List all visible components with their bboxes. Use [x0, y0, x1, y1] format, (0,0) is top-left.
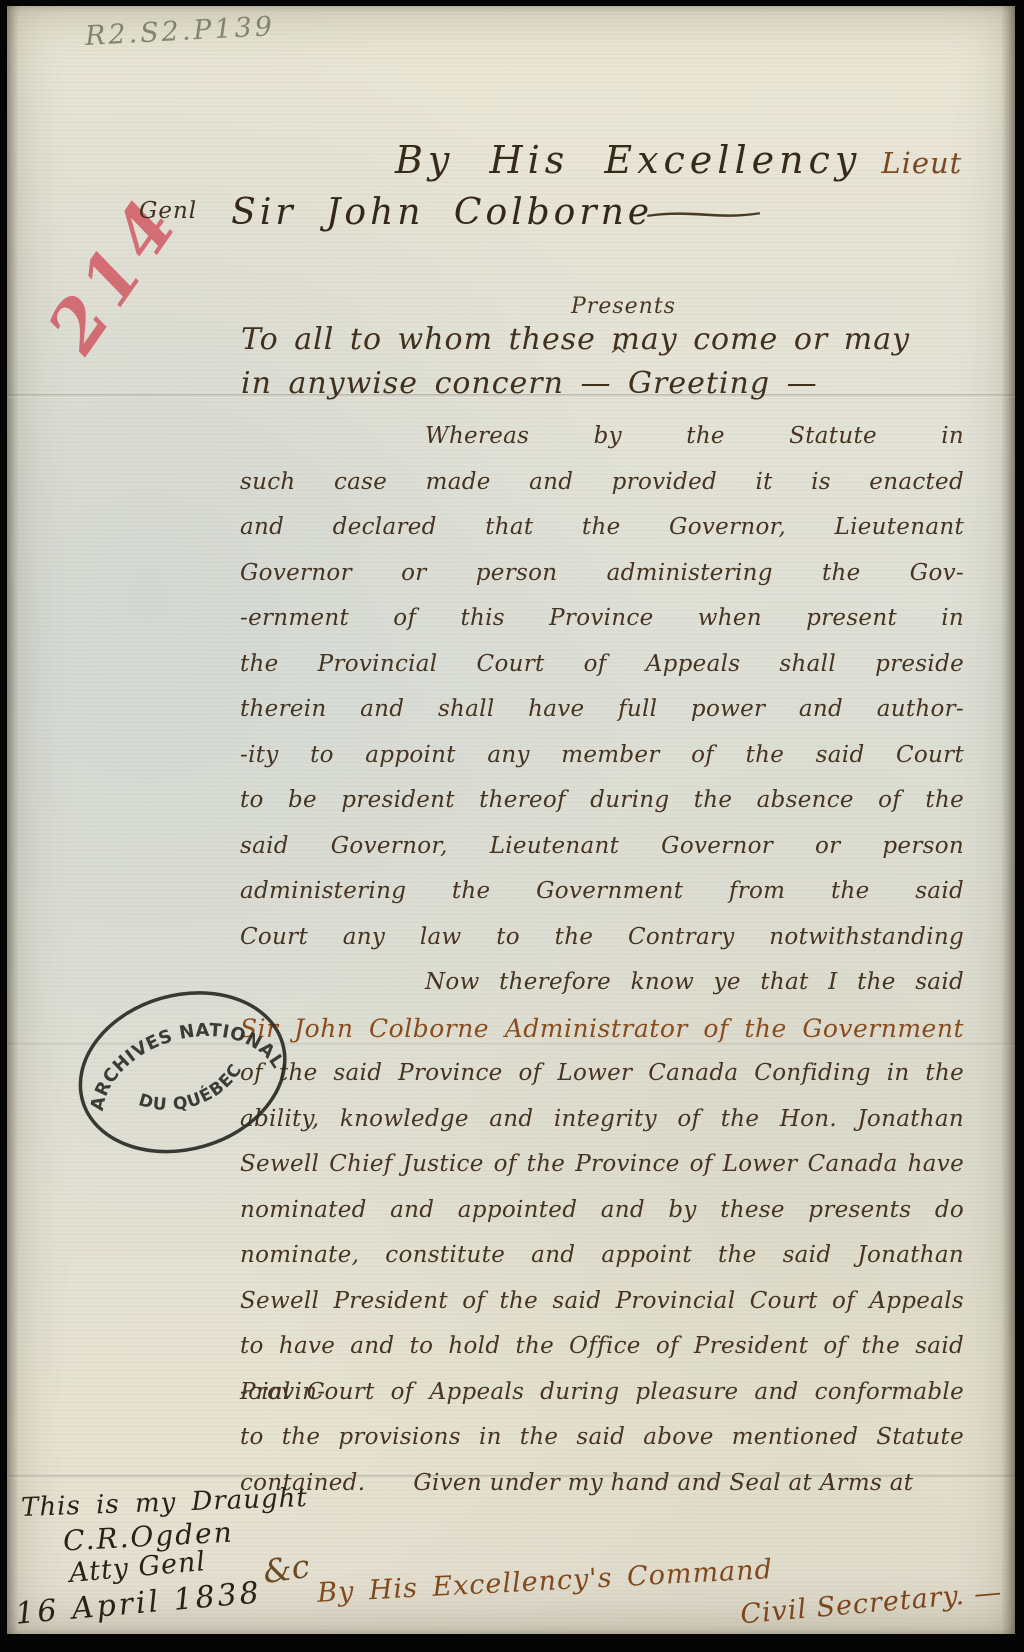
etcetera-mark: &c	[261, 1547, 312, 1591]
body-line: said Governor, Lieutenant Governor or pe…	[240, 824, 964, 870]
heading-genl-prefix: Genl	[139, 198, 197, 224]
body-line: Sewell Chief Justice of the Province of …	[240, 1142, 964, 1188]
page-edge-shadow	[1001, 6, 1015, 1634]
insertion-caret: ^	[609, 344, 627, 369]
body-text: Whereas by the Statute in such case made…	[240, 414, 964, 1506]
body-line: to the provisions in the said above ment…	[240, 1415, 964, 1461]
command-line: By His Excellency's Command	[317, 1554, 774, 1609]
heading-name: Sir John Colborne	[231, 192, 653, 233]
manuscript-page: R2.S2.P139 214 By His ExcellencyLieut Ge…	[7, 6, 1015, 1634]
archival-code-pencil: R2.S2.P139	[84, 11, 275, 52]
svg-text:DU QUÉBEC: DU QUÉBEC	[130, 1057, 253, 1127]
body-line: -cial Court of Appeals during pleasure a…	[240, 1370, 964, 1416]
secretary-signature: Civil Secretary. —	[739, 1577, 1003, 1631]
body-line: to be president thereof during the absen…	[240, 778, 964, 824]
closing-given-under: Given under my hand and Seal at Arms at	[413, 1470, 913, 1496]
body-line: Whereas by the Statute in	[240, 414, 964, 460]
body-line: of the said Province of Lower Canada Con…	[240, 1051, 964, 1097]
salutation-block: To all to whom these may come or may Pre…	[241, 318, 941, 406]
body-line: nominate, constitute and appoint the sai…	[240, 1233, 964, 1279]
draft-annotation-date: 16 April 1838	[14, 1575, 263, 1631]
heading-rank-suffix: Lieut	[881, 146, 962, 180]
body-line: therein and shall have full power and au…	[240, 687, 964, 733]
salutation-line-2: in anywise concern — Greeting —	[241, 362, 941, 406]
body-line: Sewell President of the said Provincial …	[240, 1279, 964, 1325]
body-line: ability, knowledge and integrity of the …	[240, 1097, 964, 1143]
appointment-line: Sir John Colborne Administrator of the G…	[240, 1006, 964, 1052]
body-line: to have and to hold the Office of Presid…	[240, 1324, 964, 1370]
body-line: -ernment of this Province when present i…	[240, 596, 964, 642]
heading-line-2: GenlSir John Colborne~	[139, 192, 730, 233]
body-line: nominated and appointed and by these pre…	[240, 1188, 964, 1234]
salutation-line-1: To all to whom these may come or may	[241, 318, 941, 362]
stamp-text-bottom: DU QUÉBEC	[130, 1057, 253, 1127]
body-line: -ity to appoint any member of the said C…	[240, 733, 964, 779]
draft-annotation-line-1: This is my Draught	[21, 1483, 309, 1523]
body-line: and declared that the Governor, Lieutena…	[240, 505, 964, 551]
heading-by-his-excellency: By His Excellency	[395, 138, 861, 182]
body-line: Court any law to the Contrary notwithsta…	[240, 915, 964, 961]
body-line: Now therefore know ye that I the said	[240, 960, 964, 1006]
heading-line-1: By His ExcellencyLieut	[395, 138, 962, 182]
flourish-stroke: ~	[628, 197, 803, 232]
body-line: the Provincial Court of Appeals shall pr…	[240, 642, 964, 688]
page-edge-shadow	[7, 6, 19, 1634]
closing-line: contained.Given under my hand and Seal a…	[240, 1461, 964, 1507]
body-line: administering the Government from the sa…	[240, 869, 964, 915]
body-line: Governor or person administering the Gov…	[240, 551, 964, 597]
body-line: such case made and provided it is enacte…	[240, 460, 964, 506]
inserted-word-presents: Presents	[571, 294, 676, 319]
